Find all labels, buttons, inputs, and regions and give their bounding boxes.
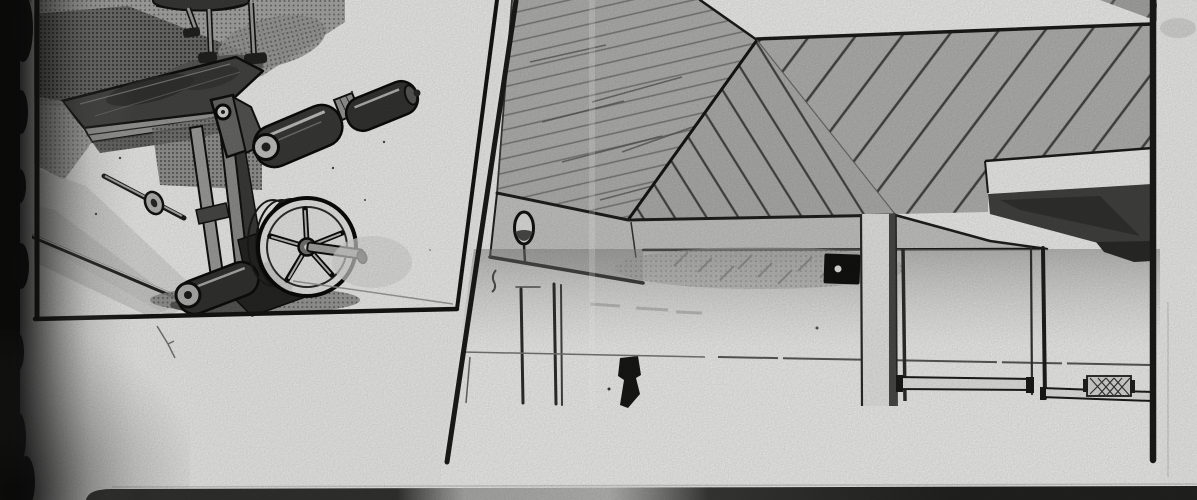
manga-page: Black-and-white manga page scan [0,0,1197,500]
manga-page-art [0,0,1197,500]
scan-grain [0,0,1197,500]
